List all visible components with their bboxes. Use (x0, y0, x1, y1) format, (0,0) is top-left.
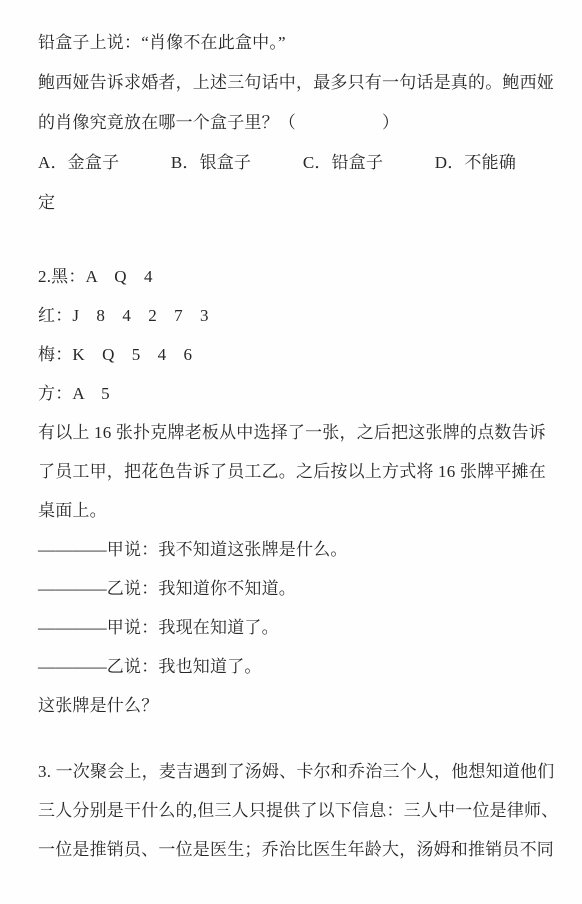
document-body: 铅盒子上说：“肖像不在此盒中。” 鲍西娅告诉求婚者，上述三句话中，最多只有一句话… (0, 0, 582, 869)
q2-setup-line-3: 桌面上。 (38, 491, 546, 530)
q1-question-line-with-blank: 的肖像究竟放在哪一个盒子里？（ ） (38, 103, 546, 143)
q2-final-question-line: 这张牌是什么？ (38, 686, 546, 725)
q2-card-row-spades: 2.黑：A Q 4 (38, 257, 546, 296)
q1-options-overflow-line: 定 (38, 183, 546, 223)
q2-dialog-yi-1: ————乙说：我知道你不知道。 (38, 569, 546, 608)
q2-card-row-hearts: 红：J 8 4 2 7 3 (38, 296, 546, 335)
q2-setup-line-2: 了员工甲，把花色告诉了员工乙。之后按以上方式将 16 张牌平摊在 (38, 452, 546, 491)
q3-intro-line-2: 三人分别是干什么的,但三人只提供了以下信息：三人中一位是律师、 (38, 791, 546, 830)
q3-intro-line-1: 3. 一次聚会上，麦吉遇到了汤姆、卡尔和乔治三个人，他想知道他们 (38, 752, 546, 791)
document-page: 铅盒子上说：“肖像不在此盒中。” 鲍西娅告诉求婚者，上述三句话中，最多只有一句话… (0, 0, 582, 904)
q2-setup-line-1: 有以上 16 张扑克牌老板从中选择了一张，之后把这张牌的点数告诉 (38, 413, 546, 452)
q2-card-row-diamonds: 方：A 5 (38, 374, 546, 413)
question-1-portrait-boxes: 铅盒子上说：“肖像不在此盒中。” 鲍西娅告诉求婚者，上述三句话中，最多只有一句话… (38, 23, 546, 223)
q1-options-line: A．金盒子 B．银盒子 C．铅盒子 D．不能确 (38, 143, 546, 183)
q3-intro-line-3: 一位是推销员、一位是医生；乔治比医生年龄大，汤姆和推销员不同 (38, 830, 546, 869)
q2-dialog-jia-2: ————甲说：我现在知道了。 (38, 608, 546, 647)
q2-dialog-yi-2: ————乙说：我也知道了。 (38, 647, 546, 686)
question-2-playing-cards: 2.黑：A Q 4 红：J 8 4 2 7 3 梅：K Q 5 4 6 方：A … (38, 257, 546, 725)
q1-statement-lead-line: 铅盒子上说：“肖像不在此盒中。” (38, 23, 546, 63)
q2-card-row-clubs: 梅：K Q 5 4 6 (38, 335, 546, 374)
question-3-party-professions: 3. 一次聚会上，麦吉遇到了汤姆、卡尔和乔治三个人，他想知道他们 三人分别是干什… (38, 752, 546, 869)
q2-dialog-jia-1: ————甲说：我不知道这张牌是什么。 (38, 530, 546, 569)
q1-statement-line: 鲍西娅告诉求婚者，上述三句话中，最多只有一句话是真的。鲍西娅 (38, 63, 546, 103)
